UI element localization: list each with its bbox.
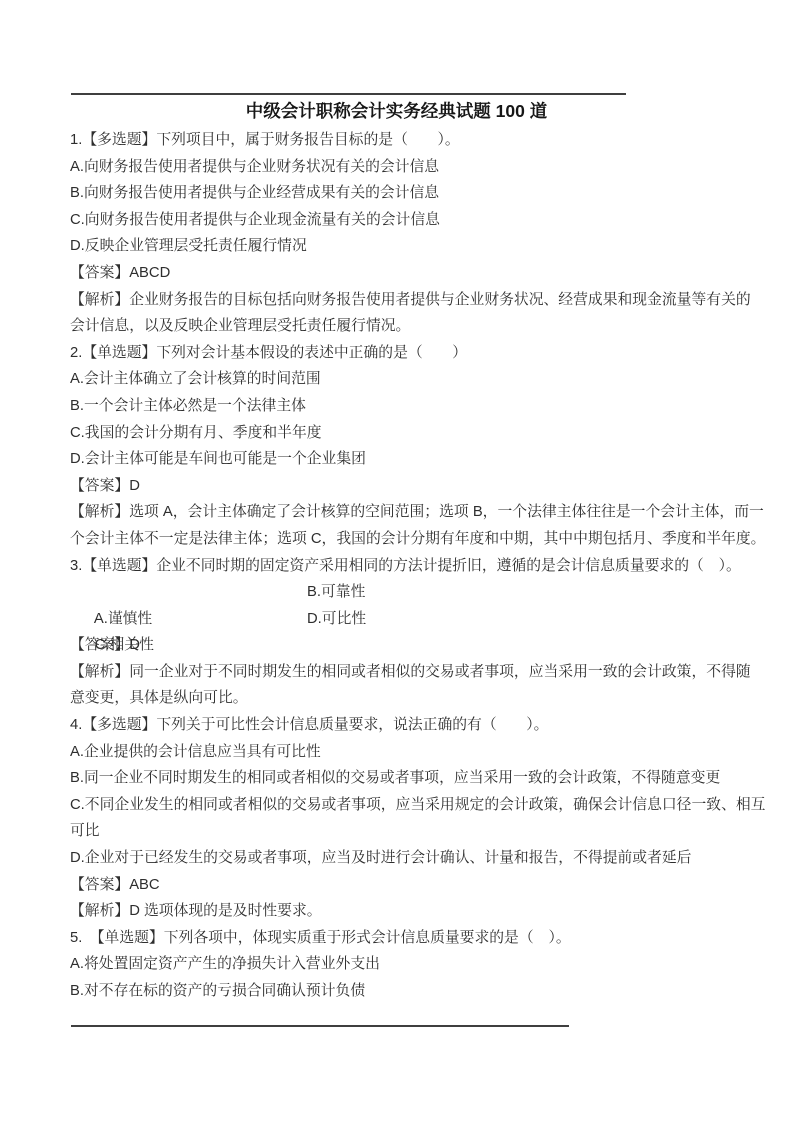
doc-body: 1.【多选题】下列项目中，属于财务报告目标的是（ ）。 A.向财务报告使用者提供…: [70, 127, 726, 1005]
option-line: C.向财务报告使用者提供与企业现金流量有关的会计信息: [70, 207, 726, 234]
option-line: D.企业对于已经发生的交易或者事项，应当及时进行会计确认、计量和报告，不得提前或…: [70, 845, 726, 872]
analysis-line: 会计信息，以及反映企业管理层受托责任履行情况。: [70, 313, 726, 340]
analysis-line: 【解析】选项 A，会计主体确定了会计核算的空间范围；选项 B，一个法律主体往往是…: [70, 499, 726, 526]
option-line: C.不同企业发生的相同或者相似的交易或者事项，应当采用规定的会计政策，确保会计信…: [70, 792, 726, 819]
option-line: A.向财务报告使用者提供与企业财务状况有关的会计信息: [70, 154, 726, 181]
question-stem: 1.【多选题】下列项目中，属于财务报告目标的是（ ）。: [70, 127, 726, 154]
option-left: C.相关性: [95, 637, 154, 653]
page-title: 中级会计职称会计实务经典试题 100 道: [0, 100, 793, 123]
option-line: B.一个会计主体必然是一个法律主体: [70, 393, 726, 420]
option-line: D.反映企业管理层受托责任履行情况: [70, 233, 726, 260]
answer-line: 【答案】ABCD: [70, 260, 726, 287]
analysis-line: 【解析】D 选项体现的是及时性要求。: [70, 898, 726, 925]
header-rule: [71, 93, 626, 95]
question-stem: 5. 【单选题】下列各项中，体现实质重于形式会计信息质量要求的是（ ）。: [70, 925, 726, 952]
analysis-line: 【解析】企业财务报告的目标包括向财务报告使用者提供与企业财务状况、经营成果和现金…: [70, 287, 726, 314]
answer-line: 【答案】D: [70, 473, 726, 500]
question-stem: 4.【多选题】下列关于可比性会计信息质量要求，说法正确的有（ ）。: [70, 712, 726, 739]
option-line: A.将处置固定资产产生的净损失计入营业外支出: [70, 951, 726, 978]
answer-line: 【答案】ABC: [70, 872, 726, 899]
option-line: D.会计主体可能是车间也可能是一个企业集团: [70, 446, 726, 473]
footer-rule: [71, 1025, 569, 1027]
option-line: B.向财务报告使用者提供与企业经营成果有关的会计信息: [70, 180, 726, 207]
document-page: 中级会计职称会计实务经典试题 100 道 1.【多选题】下列项目中，属于财务报告…: [0, 0, 793, 1122]
answer-line: 【答案】D: [70, 632, 726, 659]
analysis-line: 意变更，具体是纵向可比。: [70, 685, 726, 712]
option-row: A.谨慎性 B.可靠性: [70, 579, 726, 606]
option-right: B.可靠性: [307, 579, 365, 606]
question-stem: 3.【单选题】企业不同时期的固定资产采用相同的方法计提折旧，遵循的是会计信息质量…: [70, 553, 726, 580]
option-line: B.对不存在标的资产的亏损合同确认预计负债: [70, 978, 726, 1005]
option-right: D.可比性: [307, 606, 366, 633]
question-stem: 2.【单选题】下列对会计基本假设的表述中正确的是（ ）: [70, 340, 726, 367]
option-row: C.相关性 D.可比性: [70, 606, 726, 633]
option-line: A.会计主体确立了会计核算的时间范围: [70, 366, 726, 393]
analysis-line: 个会计主体不一定是法律主体；选项 C，我国的会计分期有年度和中期，其中中期包括月…: [70, 526, 726, 553]
analysis-line: 【解析】同一企业对于不同时期发生的相同或者相似的交易或者事项，应当采用一致的会计…: [70, 659, 726, 686]
option-line: C.我国的会计分期有月、季度和半年度: [70, 420, 726, 447]
option-line: B.同一企业不同时期发生的相同或者相似的交易或者事项，应当采用一致的会计政策，不…: [70, 765, 726, 792]
option-line: A.企业提供的会计信息应当具有可比性: [70, 739, 726, 766]
option-line: 可比: [70, 818, 726, 845]
